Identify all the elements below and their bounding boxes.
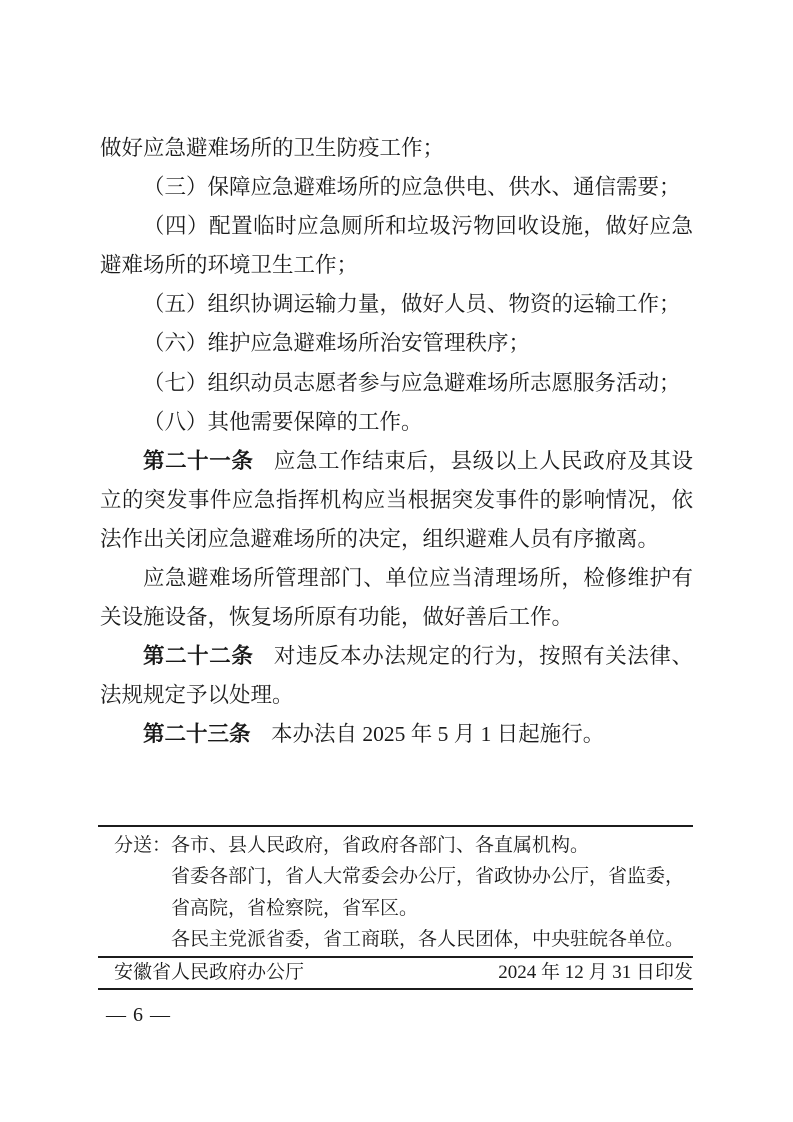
- colophon-row: 安徽省人民政府办公厅 2024 年 12 月 31 日印发: [98, 958, 693, 988]
- distribution-label: 分送：: [114, 830, 171, 861]
- document-page: 做好应急避难场所的卫生防疫工作； （三）保障应急避难场所的应急供电、供水、通信需…: [0, 0, 793, 1122]
- body-paragraph-plain: 应急避难场所管理部门、单位应当清理场所，检修维护有关设施设备，恢复场所原有功能，…: [100, 559, 693, 637]
- body-paragraph-item-4: （四）配置临时应急厕所和垃圾污物回收设施，做好应急避难场所的环境卫生工作；: [100, 207, 693, 285]
- distribution-list: 各市、县人民政府，省政府各部门、各直属机构。 省委各部门，省人大常委会办公厅，省…: [171, 830, 693, 956]
- article-23-number: 第二十三条: [143, 722, 251, 746]
- article-21-paragraph: 第二十一条应急工作结束后，县级以上人民政府及其设立的突发事件应急指挥机构应当根据…: [100, 442, 693, 559]
- article-23-paragraph: 第二十三条本办法自 2025 年 5 月 1 日起施行。: [100, 715, 693, 754]
- body-paragraph-item-7: （七）组织动员志愿者参与应急避难场所志愿服务活动；: [100, 364, 693, 403]
- print-date: 2024 年 12 月 31 日印发: [498, 958, 693, 988]
- page-number: — 6 —: [106, 1002, 171, 1028]
- body-paragraph-continuation: 做好应急避难场所的卫生防疫工作；: [100, 129, 693, 168]
- body-paragraph-item-5: （五）组织协调运输力量，做好人员、物资的运输工作；: [100, 285, 693, 324]
- body-paragraph-item-8: （八）其他需要保障的工作。: [100, 403, 693, 442]
- footer-bottom-divider: [98, 988, 693, 990]
- distribution-line-2: 省委各部门，省人大常委会办公厅，省政协办公厅，省监委，: [171, 861, 693, 892]
- article-21-number: 第二十一条: [143, 449, 253, 473]
- distribution-line-3: 省高院，省检察院，省军区。: [171, 893, 693, 924]
- body-paragraph-item-3: （三）保障应急避难场所的应急供电、供水、通信需要；: [100, 168, 693, 207]
- distribution-block: 分送： 各市、县人民政府，省政府各部门、各直属机构。 省委各部门，省人大常委会办…: [98, 827, 693, 956]
- body-paragraph-item-6: （六）维护应急避难场所治安管理秩序；: [100, 324, 693, 363]
- article-22-number: 第二十二条: [143, 644, 253, 668]
- distribution-line-4: 各民主党派省委，省工商联，各人民团体，中央驻皖各单位。: [171, 924, 693, 955]
- document-body: 做好应急避难场所的卫生防疫工作； （三）保障应急避难场所的应急供电、供水、通信需…: [100, 129, 693, 755]
- article-23-text: 本办法自 2025 年 5 月 1 日起施行。: [271, 722, 604, 746]
- document-footer: 分送： 各市、县人民政府，省政府各部门、各直属机构。 省委各部门，省人大常委会办…: [98, 825, 693, 990]
- article-22-paragraph: 第二十二条对违反本办法规定的行为，按照有关法律、法规规定予以处理。: [100, 637, 693, 715]
- distribution-line-1: 各市、县人民政府，省政府各部门、各直属机构。: [171, 830, 693, 861]
- issuer-name: 安徽省人民政府办公厅: [114, 958, 304, 988]
